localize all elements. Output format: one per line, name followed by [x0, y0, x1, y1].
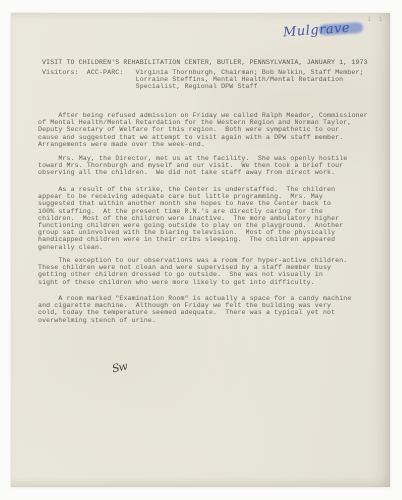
handwritten-name-text: Mulgrave — [283, 21, 351, 41]
handwritten-name-annotation: Mulgrave — [283, 21, 351, 41]
document-title: VISIT TO CHILDREN'S REHABILITATION CENTE… — [42, 59, 368, 66]
paragraph-4: The exception to our observations was a … — [38, 257, 347, 286]
paper-sheet: 1 1 Mulgrave VISIT TO CHILDREN'S REHABIL… — [11, 13, 390, 487]
visitors-list: Visitors: ACC-PARC: Virginia Thornburgh,… — [42, 69, 364, 91]
paragraph-2: Mrs. May, the Director, met us at the fa… — [38, 155, 347, 177]
scanned-document: 1 1 Mulgrave VISIT TO CHILDREN'S REHABIL… — [0, 0, 402, 500]
handwritten-initials: Sw — [111, 360, 128, 376]
paragraph-5: A room marked "Examination Room" is actu… — [38, 295, 351, 324]
paragraph-1: After being refused admission on Friday … — [38, 112, 368, 148]
faint-corner-mark: 1 1 — [367, 16, 384, 23]
paragraph-3: As a result of the strike, the Center is… — [38, 186, 343, 251]
